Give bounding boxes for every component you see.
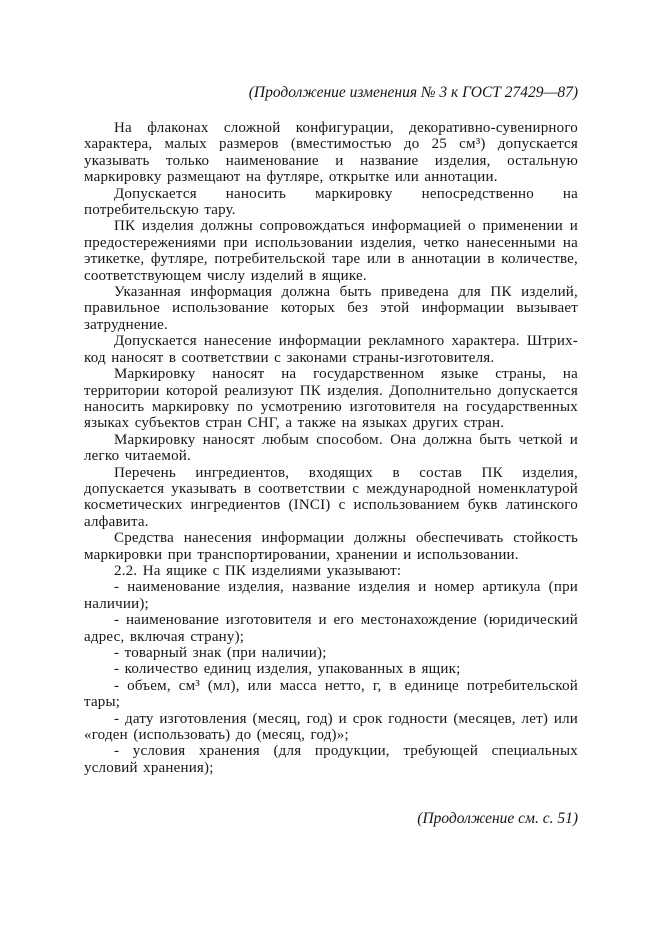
paragraph: На флаконах сложной конфигурации, декора…	[84, 120, 578, 186]
paragraph: ПК изделия должны сопровождаться информа…	[84, 218, 578, 284]
continuation-header: (Продолжение изменения № 3 к ГОСТ 27429—…	[84, 84, 578, 101]
text-block: (Продолжение изменения № 3 к ГОСТ 27429—…	[84, 84, 578, 827]
paragraph: Маркировку наносят на государственном яз…	[84, 366, 578, 432]
list-item: - наименование изделия, название изделия…	[84, 579, 578, 612]
document-page: (Продолжение изменения № 3 к ГОСТ 27429—…	[0, 0, 661, 936]
paragraph: Указанная информация должна быть приведе…	[84, 284, 578, 333]
list-item: - дату изготовления (месяц, год) и срок …	[84, 711, 578, 744]
list-item: - объем, см³ (мл), или масса нетто, г, в…	[84, 678, 578, 711]
list-item: - наименование изготовителя и его местон…	[84, 612, 578, 645]
paragraph: Допускается нанесение информации рекламн…	[84, 333, 578, 366]
paragraph: Перечень ингредиентов, входящих в состав…	[84, 465, 578, 531]
paragraph: Допускается наносить маркировку непосред…	[84, 186, 578, 219]
section-2-2-heading: 2.2. На ящике с ПК изделиями указывают:	[84, 563, 578, 579]
list-item: - условия хранения (для продукции, требу…	[84, 743, 578, 776]
paragraph: Маркировку наносят любым способом. Она д…	[84, 432, 578, 465]
continuation-footer: (Продолжение см. с. 51)	[84, 810, 578, 827]
list-item: - товарный знак (при наличии);	[84, 645, 578, 661]
list-item: - количество единиц изделия, упакованных…	[84, 661, 578, 677]
paragraph: Средства нанесения информации должны обе…	[84, 530, 578, 563]
